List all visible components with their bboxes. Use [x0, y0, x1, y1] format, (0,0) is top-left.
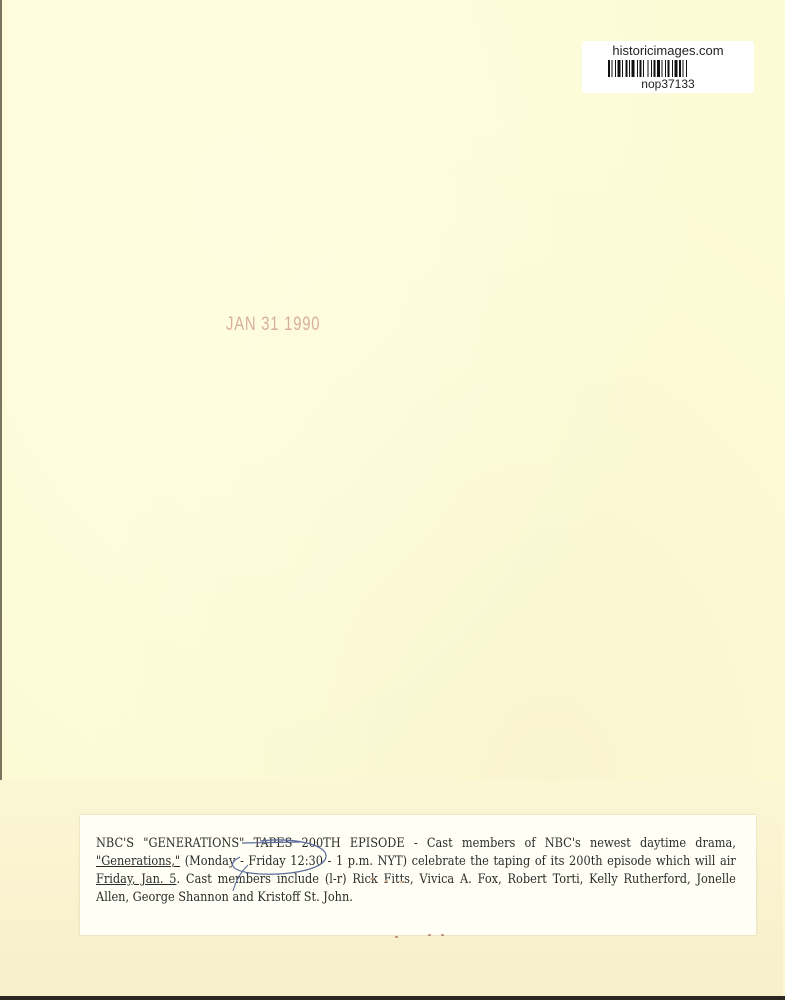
date-stamp: JAN 31 1990 — [226, 314, 320, 336]
caption-air-date: Friday, Jan. 5 — [96, 872, 177, 887]
caption-body-1: - Cast members of NBC's newest daytime d… — [405, 836, 736, 851]
watermark-label: historicimages.com nop37133 — [582, 41, 754, 93]
watermark-code: nop37133 — [582, 78, 754, 91]
caption-headline: NBC'S "GENERATIONS" TAPES 200TH EPISODE — [96, 836, 405, 851]
caption-body-3: . Cast members include (l-r) Rick Fitts,… — [96, 872, 736, 905]
caption-body-2: (Monday - Friday 12:30 - 1 p.m. NYT) cel… — [180, 854, 736, 869]
caption-text: NBC'S "GENERATIONS" TAPES 200TH EPISODE … — [96, 835, 736, 907]
caption-slip: NBC'S "GENERATIONS" TAPES 200TH EPISODE … — [80, 815, 756, 935]
watermark-site: historicimages.com — [582, 44, 754, 58]
barcode-icon — [608, 60, 728, 77]
caption-show-title: "Generations," — [96, 854, 180, 869]
